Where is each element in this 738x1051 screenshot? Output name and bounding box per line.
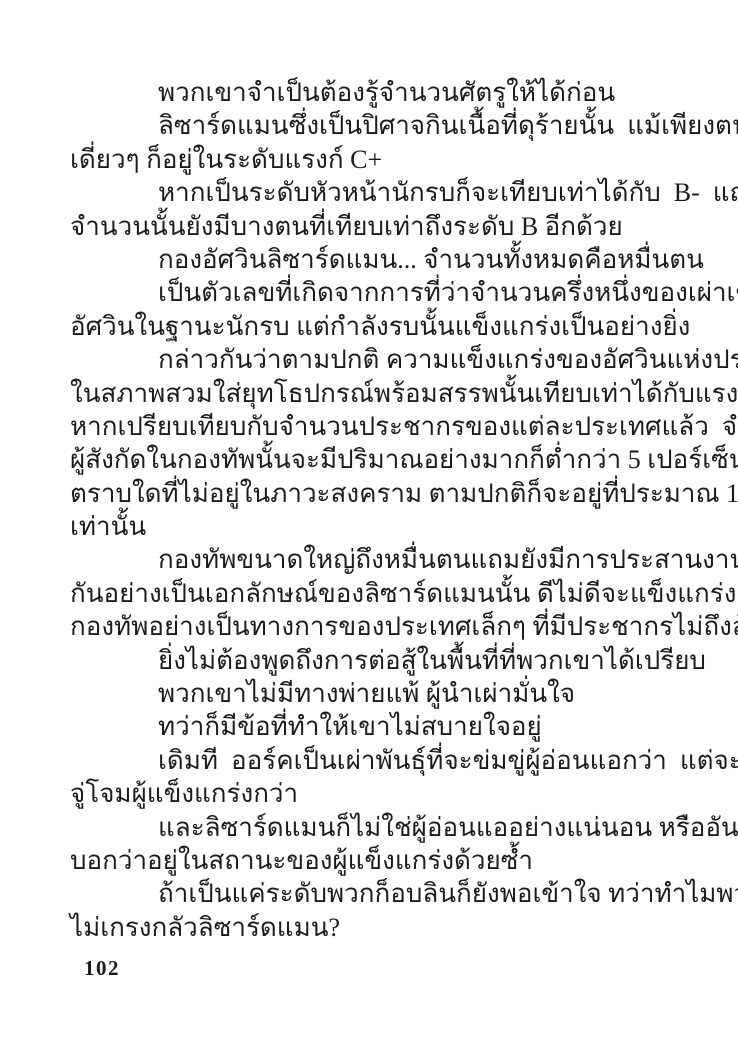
text-line: อัศวินในฐานะนักรบ แต่กำลังรบนั้นแข็งแกร่…	[70, 310, 666, 343]
text-line: ลิซาร์ดแมนซึ่งเป็นปิศาจกินเนื้อที่ดุร้าย…	[70, 109, 666, 142]
text-line: ผู้สังกัดในกองทัพนั้นจะมีปริมาณอย่างมากก…	[70, 443, 666, 476]
page-text: พวกเขาจำเป็นต้องรู้จำนวนศัตรูให้ได้ก่อนล…	[70, 76, 666, 944]
text-line: เท่านั้น	[70, 510, 666, 543]
text-line: หากเปรียบเทียบกับจำนวนประชากรของแต่ละประ…	[70, 410, 666, 443]
text-line: ถ้าเป็นแค่ระดับพวกก็อบลินก็ยังพอเข้าใจ ท…	[70, 877, 666, 910]
text-line: ไม่เกรงกลัวลิซาร์ดแมน?	[70, 911, 666, 944]
text-line: พวกเขาไม่มีทางพ่ายแพ้ ผู้นำเผ่ามั่นใจ	[70, 677, 666, 710]
text-line: กันอย่างเป็นเอกลักษณ์ของลิซาร์ดแมนนั้น ด…	[70, 577, 666, 610]
text-line: จู่โจมผู้แข็งแกร่งกว่า	[70, 777, 666, 810]
text-line: กองทัพอย่างเป็นทางการของประเทศเล็กๆ ที่ม…	[70, 610, 666, 643]
page-number: 102	[84, 956, 120, 981]
text-line: ตราบใดที่ไม่อยู่ในภาวะสงคราม ตามปกติก็จะ…	[70, 477, 666, 510]
text-line: กล่าวกันว่าตามปกติ ความแข็งแกร่งของอัศวิ…	[70, 343, 666, 376]
text-line: หากเป็นระดับหัวหน้านักรบก็จะเทียบเท่าได้…	[70, 176, 666, 209]
text-line: และลิซาร์ดแมนก็ไม่ใช่ผู้อ่อนแออย่างแน่นอ…	[70, 811, 666, 844]
text-line: ยิ่งไม่ต้องพูดถึงการต่อสู้ในพื้นที่ที่พว…	[70, 644, 666, 677]
text-line: เดิมที ออร์คเป็นเผ่าพันธุ์ที่จะข่มขู่ผู้…	[70, 744, 666, 777]
text-line: กองอัศวินลิซาร์ดแมน... จำนวนทั้งหมดคือหม…	[70, 243, 666, 276]
text-line: จำนวนนั้นยังมีบางตนที่เทียบเท่าถึงระดับ …	[70, 210, 666, 243]
text-line: ในสภาพสวมใส่ยุทโธปกรณ์พร้อมสรรพนั้นเทียบ…	[70, 377, 666, 410]
text-line: พวกเขาจำเป็นต้องรู้จำนวนศัตรูให้ได้ก่อน	[70, 76, 666, 109]
text-line: ทว่าก็มีข้อที่ทำให้เขาไม่สบายใจอยู่	[70, 710, 666, 743]
text-line: บอกว่าอยู่ในสถานะของผู้แข็งแกร่งด้วยซ้ำ	[70, 844, 666, 877]
text-line: เป็นตัวเลขที่เกิดจากการที่ว่าจำนวนครึ่งห…	[70, 276, 666, 309]
text-line: เดี่ยวๆ ก็อยู่ในระดับแรงก์ C+	[70, 143, 666, 176]
text-line: กองทัพขนาดใหญ่ถึงหมื่นตนแถมยังมีการประสา…	[70, 543, 666, 576]
book-page: พวกเขาจำเป็นต้องรู้จำนวนศัตรูให้ได้ก่อนล…	[0, 0, 738, 1051]
